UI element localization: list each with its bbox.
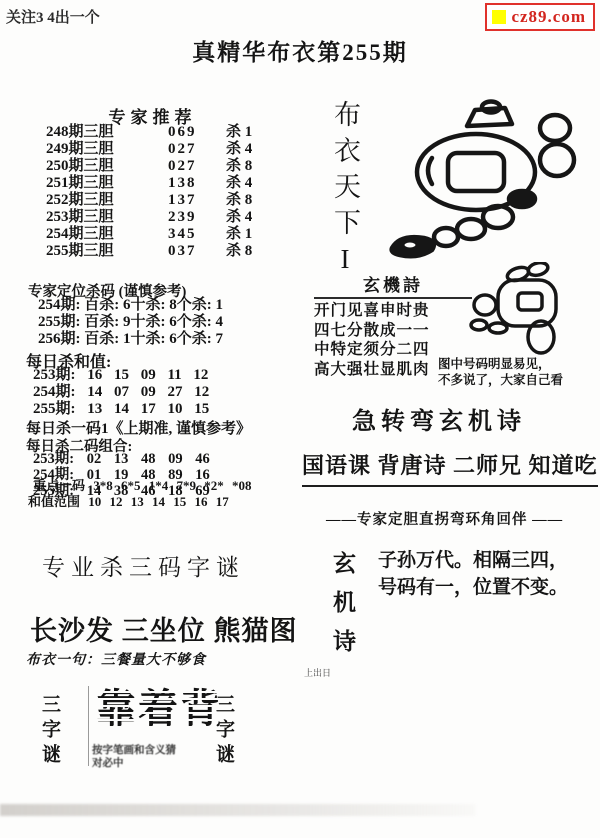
mystery-poem-lines: 子孙万代。相隔三四， 号码有一，位置不变。: [378, 547, 593, 601]
page-tagline: 关注3 4出一个: [6, 6, 100, 27]
xuanji-poem-title: 玄機詩: [314, 271, 472, 299]
list-item: 256期: 百杀: 1十杀: 6个杀: 7: [38, 331, 223, 348]
sum-range-line: 和值范围 10 12 13 14 15 16 17: [28, 491, 229, 510]
drawing-caption: 图中号码明显易见， 不多说了，大家自己看: [438, 356, 563, 388]
poem-line: 子孙万代。相隔三四，: [378, 547, 593, 574]
row-label: 248期三胆: [46, 124, 168, 141]
mystery-poem-vertical-title: 玄机诗: [326, 551, 359, 721]
list-item: 253期: 16 15 09 11 12: [33, 367, 209, 384]
page-title: 真精华布衣第255期: [0, 34, 600, 67]
poem-line: 四七分散成一一: [314, 321, 472, 341]
three-char-big-text: 靠着背: [96, 686, 222, 732]
row-numbers: 138: [168, 175, 226, 192]
row-kill: 杀 4: [226, 141, 252, 158]
expert-banner: ——专家定胆直拐弯环角回伴 ——: [326, 508, 563, 529]
position-kill-rows: 254期: 百杀: 6十杀: 8个杀: 1 255期: 百杀: 9十杀: 6个杀…: [38, 297, 223, 348]
row-numbers: 345: [168, 226, 226, 243]
row-numbers: 037: [168, 243, 226, 260]
row-kill: 杀 4: [226, 209, 252, 226]
row-label: 250期三胆: [46, 158, 168, 175]
kill-three-code-title: 专业杀三码字谜: [42, 549, 245, 582]
sharp-turn-poem-line: 国语课 背唐诗 二师兄 知道吃: [302, 449, 598, 487]
bird-doodle-drawing: [462, 262, 590, 356]
daily-kill-sum-rows: 253期: 16 15 09 11 12 254期: 14 07 09 27 1…: [33, 367, 209, 418]
three-char-big-answer: 靠着背: [96, 686, 222, 732]
list-item: 253期: 02 13 48 09 46: [33, 451, 210, 467]
row-numbers: 027: [168, 141, 226, 158]
note-line: 对必中: [92, 757, 176, 770]
caption-line: 图中号码明显易见，: [438, 356, 563, 372]
table-row: 251期三胆138杀 4: [46, 175, 276, 192]
list-item: 254期: 14 07 09 27 12: [33, 384, 209, 401]
table-row: 248期三胆069杀 1: [46, 124, 276, 141]
note-line: 按字笔画和含义猜: [92, 744, 176, 757]
sharp-turn-poem-title: 急转弯玄机诗: [352, 401, 526, 436]
row-kill: 杀 8: [226, 192, 252, 209]
table-row: 249期三胆027杀 4: [46, 141, 276, 158]
brand-site-name[interactable]: cz89.com: [511, 7, 586, 27]
poem-line: 号码有一，位置不变。: [378, 574, 593, 601]
list-item: 254期: 百杀: 6十杀: 8个杀: 1: [38, 297, 223, 314]
row-numbers: 027: [168, 158, 226, 175]
row-label: 252期三胆: [46, 192, 168, 209]
row-kill: 杀 1: [226, 124, 252, 141]
footer-watermark-bar: [0, 804, 475, 816]
brand-yellow-square-icon: [492, 10, 506, 24]
poem-line: 开门见喜申时贵: [314, 301, 472, 321]
row-numbers: 239: [168, 209, 226, 226]
row-label: 255期三胆: [46, 243, 168, 260]
table-row: 255期三胆037杀 8: [46, 243, 276, 260]
mystery-poem-footnote: 上出日: [304, 666, 331, 679]
row-label: 251期三胆: [46, 175, 168, 192]
row-kill: 杀 4: [226, 175, 252, 192]
expert-recommend-table: 248期三胆069杀 1 249期三胆027杀 4 250期三胆027杀 8 2…: [46, 124, 276, 260]
row-label: 249期三胆: [46, 141, 168, 158]
table-row: 250期三胆027杀 8: [46, 158, 276, 175]
list-item: 255期: 13 14 17 10 15: [33, 401, 209, 418]
table-row: 254期三胆345杀 1: [46, 226, 276, 243]
row-kill: 杀 8: [226, 243, 252, 260]
table-row: 253期三胆239杀 4: [46, 209, 276, 226]
buyi-tianxia-vertical-title: 布衣天下I: [326, 100, 365, 300]
row-kill: 杀 1: [226, 226, 252, 243]
row-numbers: 069: [168, 124, 226, 141]
riddle-line: 长沙发 三坐位 熊猫图: [30, 609, 298, 648]
row-label: 253期三胆: [46, 209, 168, 226]
coin-doodle-drawing: [372, 96, 592, 264]
row-numbers: 137: [168, 192, 226, 209]
caption-line: 不多说了，大家自己看: [438, 372, 563, 388]
buyi-sentence: 布衣一句：三餐量大不够食: [26, 649, 206, 669]
three-char-note: 按字笔画和含义猜 对必中: [92, 744, 176, 770]
three-char-label-right: 三字谜: [210, 694, 237, 779]
divider: [88, 686, 89, 766]
table-row: 252期三胆137杀 8: [46, 192, 276, 209]
list-item: 255期: 百杀: 9十杀: 6个杀: 4: [38, 314, 223, 331]
brand-badge[interactable]: cz89.com: [485, 3, 595, 31]
row-kill: 杀 8: [226, 158, 252, 175]
three-char-label-left: 三字谜: [36, 694, 63, 779]
row-label: 254期三胆: [46, 226, 168, 243]
